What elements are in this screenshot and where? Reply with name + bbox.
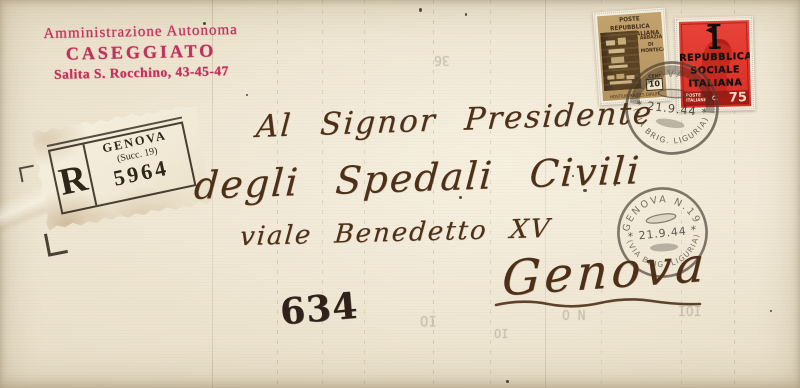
registration-info: GENOVA (Succ. 19) 5964 bbox=[84, 124, 194, 205]
city-underline bbox=[494, 296, 704, 310]
speck bbox=[246, 94, 248, 96]
overprint-line1: REPUBBLICA bbox=[679, 51, 751, 66]
fasces-icon bbox=[703, 23, 726, 52]
brown-stamp-value: 10 bbox=[645, 78, 663, 91]
brown-stamp-subject: ABBAZIA DI MONTECASSINO bbox=[640, 34, 662, 55]
sender-line3: Salita S. Rocchino, 43-45-47 bbox=[28, 63, 254, 84]
abbey-ruins-vignette bbox=[600, 31, 641, 91]
brown-stamp-design: POSTE REPUBBLICA SOCIALE ITALIANA ABBAZI… bbox=[597, 12, 667, 101]
speck bbox=[770, 310, 772, 312]
postage-stamp-brown: POSTE REPUBBLICA SOCIALE ITALIANA ABBAZI… bbox=[593, 8, 671, 106]
address-line1: Al Signor Presidente bbox=[255, 95, 655, 145]
postmark-top-arc: GENOVA N.19 bbox=[618, 190, 703, 234]
annotation-number: 634 bbox=[278, 285, 360, 334]
brown-stamp-subject-line2: MONTECASSINO bbox=[641, 47, 662, 55]
speck bbox=[419, 8, 422, 12]
sender-rubber-stamp: Amministrazione Autonoma CASEGGIATO Sali… bbox=[27, 22, 254, 84]
speck bbox=[506, 380, 509, 383]
address-line3: viale Benedetto XV bbox=[239, 214, 552, 252]
red-stamp-value: 75 bbox=[729, 90, 747, 105]
sender-line2: CASEGGIATO bbox=[28, 40, 254, 66]
show-through-text: 36 bbox=[434, 52, 450, 67]
frame-corner-mark bbox=[44, 230, 68, 256]
frame-corner-mark bbox=[19, 165, 37, 183]
postage-stamp-red: REPUBBLICA SOCIALE ITALIANA POSTE ITALIA… bbox=[675, 16, 755, 112]
red-stamp-value-band: POSTE ITALIANE C. 75 bbox=[683, 90, 749, 106]
red-stamp-poste-line2: ITALIANE bbox=[686, 98, 707, 104]
overprint-line3: ITALIANA bbox=[680, 77, 751, 92]
address-line2: degli Spedali Civili bbox=[193, 148, 643, 208]
show-through-text: IO bbox=[494, 326, 508, 340]
registration-r-letter: R bbox=[56, 159, 91, 202]
registration-label: R GENOVA (Succ. 19) 5964 bbox=[31, 103, 214, 231]
red-stamp-currency: C. bbox=[712, 94, 719, 101]
red-stamp-design: REPUBBLICA SOCIALE ITALIANA POSTE ITALIA… bbox=[679, 20, 751, 108]
svg-text:GENOVA N.19: GENOVA N.19 bbox=[618, 190, 703, 234]
show-through-text: IO bbox=[420, 312, 437, 328]
rsi-overprint: REPUBBLICA SOCIALE ITALIANA bbox=[679, 20, 751, 91]
registration-frame: R GENOVA (Succ. 19) 5964 bbox=[48, 121, 197, 214]
speck bbox=[465, 13, 467, 16]
envelope-scan: IO N O IOI IO 36 Amministrazione Autonom… bbox=[0, 0, 800, 388]
